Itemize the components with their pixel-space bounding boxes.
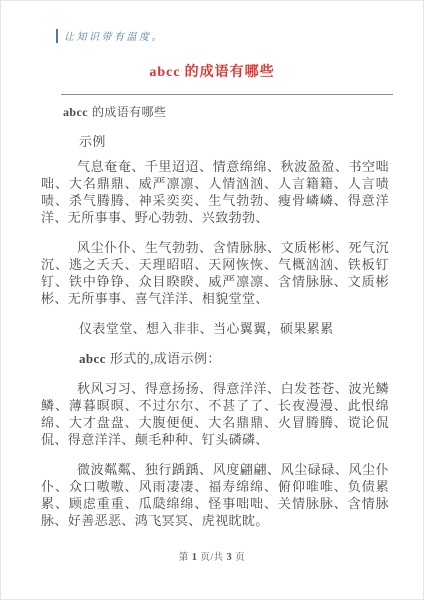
document-title-chinese: 的成语有哪些 (185, 65, 275, 80)
brand-header: 让知识带有温度。 (1, 1, 423, 43)
section2-heading-chinese: 形式的,成语示例： (110, 351, 221, 366)
document-page: 让知识带有温度。 abcc的成语有哪些 abcc的成语有哪些 示例 气息奄奄、千… (0, 0, 424, 600)
idiom-paragraph-4: 微波粼粼、独行踽踽、风度翩翩、风尘碌碌、风尘仆仆、众口嗷嗷、风雨凄凄、福寿绵绵、… (41, 461, 389, 529)
example-label: 示例 (79, 133, 389, 150)
article-subtitle-latin: abcc (63, 105, 88, 119)
total-page-number: 3 (227, 552, 233, 563)
page-number: 第1页/共3页 (1, 549, 423, 563)
article-subtitle-chinese: 的成语有哪些 (92, 105, 166, 119)
page-number-suffix: 页 (235, 553, 245, 563)
page-number-prefix: 第 (179, 553, 189, 563)
page-number-mid: 页/共 (200, 553, 223, 563)
article-subtitle: abcc的成语有哪些 (63, 104, 389, 121)
article-body: abcc的成语有哪些 示例 气息奄奄、千里迢迢、情意绵绵、秋波盈盈、书空咄咄、大… (1, 104, 423, 529)
idiom-summary-line: 仪表堂堂、想入非非、当心翼翼，硕果累累 (79, 320, 389, 337)
document-title: abcc的成语有哪些 (1, 64, 423, 81)
idiom-paragraph-3: 秋风习习、得意扬扬、得意洋洋、白发苍苍、波光鳞鳞、薄暮暝暝、不过尔尔、不甚了了、… (41, 380, 389, 448)
title-divider (61, 94, 393, 95)
brand-tagline: 让知识带有温度。 (64, 28, 164, 43)
idiom-paragraph-1: 气息奄奄、千里迢迢、情意绵绵、秋波盈盈、书空咄咄、大名鼎鼎、威严凛凛、人情汹汹、… (41, 158, 389, 226)
document-title-latin: abcc (149, 65, 180, 80)
current-page-number: 1 (192, 552, 198, 563)
idiom-paragraph-2: 风尘仆仆、生气勃勃、含情脉脉、文质彬彬、死气沉沉、逃之夭夭、天理昭昭、天网恢恢、… (41, 239, 389, 307)
brand-accent-bar-icon (56, 29, 58, 43)
section2-heading: abcc形式的,成语示例： (79, 350, 389, 367)
section2-heading-latin: abcc (79, 351, 106, 366)
